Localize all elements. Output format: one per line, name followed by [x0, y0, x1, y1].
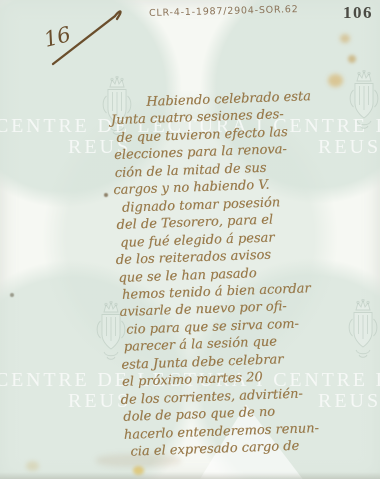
stain [133, 466, 144, 475]
printed-page-number: 106 [343, 3, 373, 23]
archive-reference-code: CLR-4-1-1987/2904-SOR.62 [149, 4, 299, 19]
manuscript-text-block: Habiendo celebrado esta Junta cuatro ses… [112, 87, 340, 461]
stain [340, 34, 350, 43]
stain [348, 55, 356, 63]
stain [328, 74, 343, 87]
scanned-document-page: CENTRE DE LECTURA I CENTRE DE REUS REUS … [0, 0, 380, 479]
stain [104, 193, 108, 197]
stain [26, 461, 39, 471]
stain [10, 293, 14, 297]
crest-watermark-icon [347, 70, 380, 132]
crest-watermark-icon [346, 299, 380, 361]
